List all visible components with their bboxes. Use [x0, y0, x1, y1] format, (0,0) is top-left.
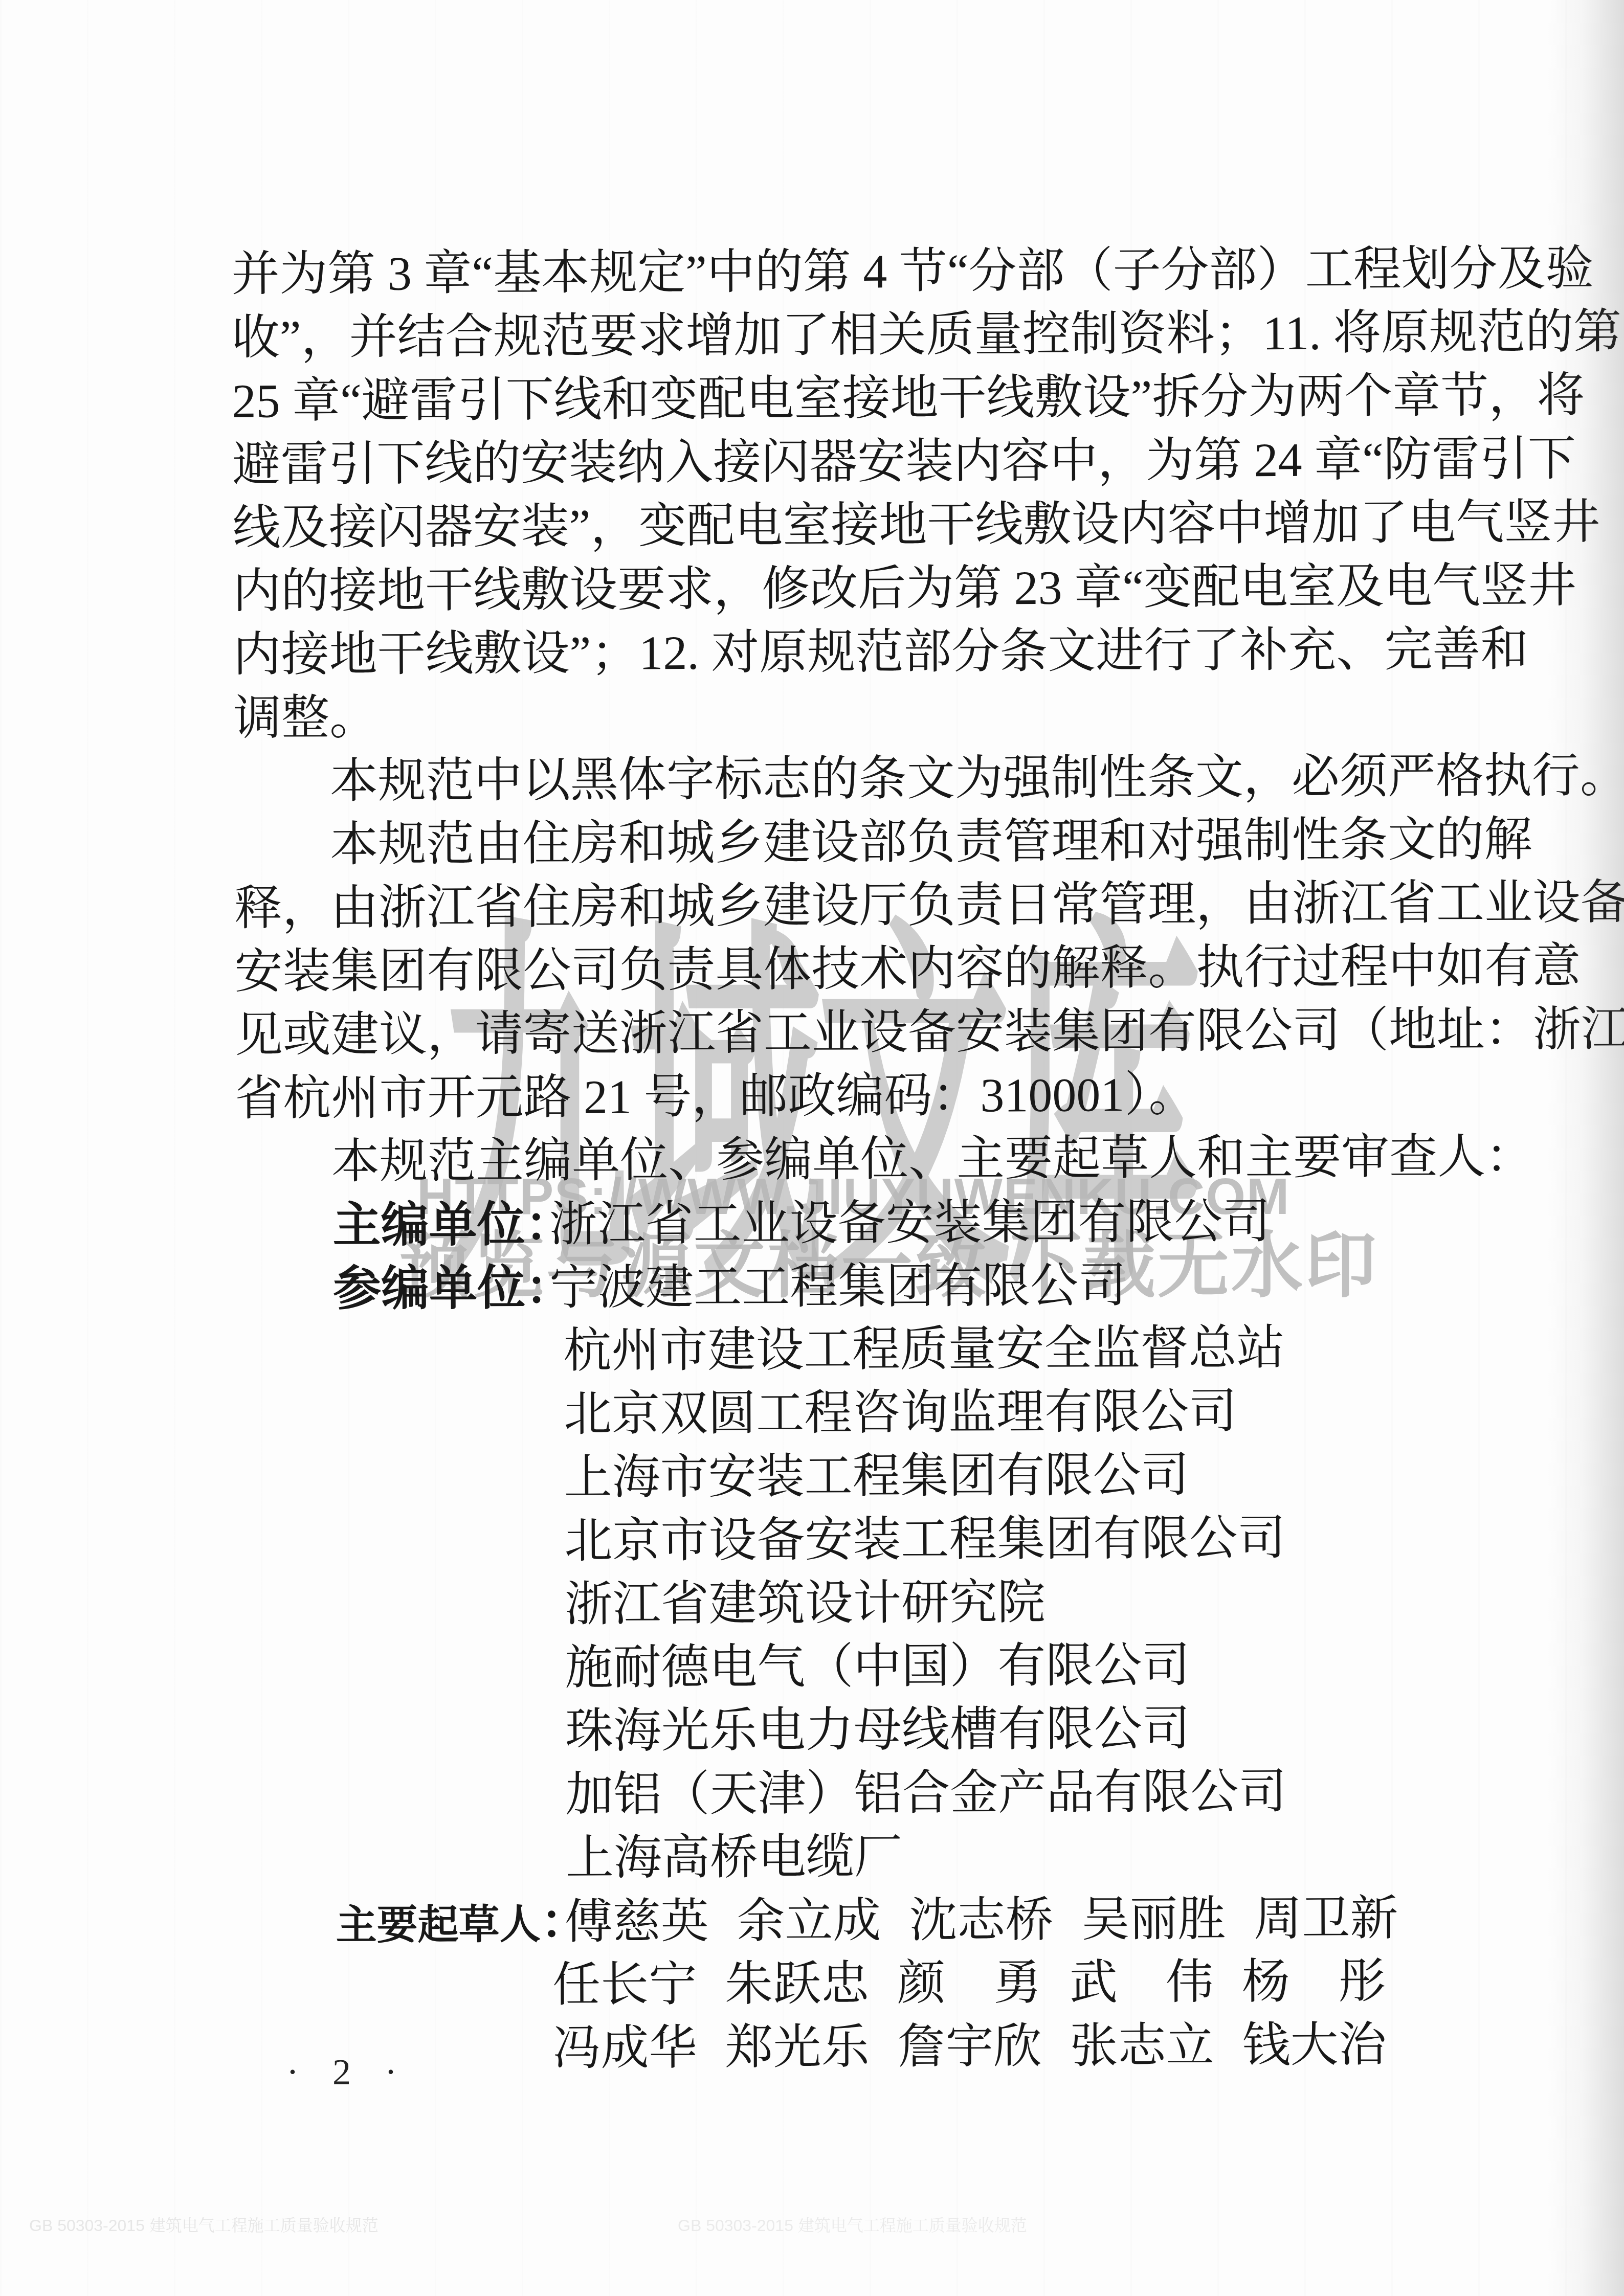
co-editor-value: 宁波建工工程集团有限公司 — [549, 1259, 1126, 1315]
label-colon: ： — [540, 1890, 565, 1953]
co-editor-org: 北京双圆工程咨询监理有限公司 — [236, 1379, 1398, 1448]
body-line: 收”，并结合规范要求增加了相关质量控制资料；11. 将原规范的第 — [232, 301, 1393, 370]
drafter-name: 吴丽胜 — [1081, 1888, 1226, 1952]
body-line: 安装集团有限公司负责具体技术内容的解释。执行过程中如有意 — [234, 935, 1396, 1004]
label-char: 编 — [381, 1256, 430, 1320]
label-char: 单 — [429, 1193, 477, 1256]
drafter-names-row: 冯成华郑光乐詹宇欣张志立钱大治 — [552, 2013, 1387, 2080]
label-char: 草 — [458, 1893, 500, 1956]
body-line: 25 章“避雷引下线和变配电室接地干线敷设”拆分为两个章节，将 — [232, 365, 1393, 433]
drafters-row: 主要起草人：傅慈英余立成沈志桥吴丽胜周卫新 — [238, 1886, 1400, 1955]
co-editor-org: 浙江省建筑设计研究院 — [237, 1569, 1399, 1638]
body-line: 本规范主编单位、参编单位、主要起草人和主要审查人： — [235, 1126, 1397, 1194]
drafter-name: 杨 彤 — [1242, 1950, 1387, 2014]
watermark-doc-ref-left: GB 50303-2015 建筑电气工程施工质量验收规范 — [29, 2215, 379, 2236]
drafter-name: 余立成 — [737, 1889, 881, 1953]
co-editor-label: 参编单位 — [333, 1256, 526, 1320]
label-char: 单 — [429, 1256, 478, 1320]
body-line: 释，由浙江省住房和城乡建设厅负责日常管理，由浙江省工业设备 — [234, 872, 1396, 940]
co-editor-org: 珠海光乐电力母线槽有限公司 — [238, 1696, 1399, 1765]
drafters-row: 冯成华郑光乐詹宇欣张志立钱大治 — [239, 2013, 1400, 2082]
label-char: 人 — [499, 1893, 541, 1956]
document-body: 并为第 3 章“基本规定”中的第 4 节“分部（子分部）工程划分及验 收”，并结… — [231, 238, 1400, 2082]
label-char: 主 — [332, 1194, 381, 1257]
body-line: 并为第 3 章“基本规定”中的第 4 节“分部（子分部）工程划分及验 — [231, 238, 1393, 306]
drafter-name: 朱跃忠 — [725, 1952, 870, 2016]
page-edge-shadow — [1547, 0, 1624, 2296]
drafter-name: 钱大治 — [1242, 2013, 1387, 2077]
label-char: 起 — [417, 1893, 459, 1956]
drafter-name: 冯成华 — [552, 2016, 697, 2080]
drafter-name: 任长宁 — [552, 1953, 697, 2017]
co-editor-org: 施耐德电气（中国）有限公司 — [237, 1633, 1399, 1701]
drafter-name: 周卫新 — [1254, 1887, 1398, 1951]
co-editor-org: 上海市安装工程集团有限公司 — [236, 1443, 1398, 1511]
drafter-name: 傅慈英 — [564, 1890, 709, 1954]
co-editor-org: 加铝（天津）铝合金产品有限公司 — [238, 1760, 1399, 1828]
body-line: 内的接地干线敷设要求，修改后为第 23 章“变配电室及电气竖井 — [233, 555, 1394, 623]
label-char: 主 — [336, 1894, 377, 1957]
scanned-document-page: 九域文库 HTTPS://WWW.JIUYUWENKU.COM 预览与源文档一致… — [0, 0, 1624, 2296]
page-number: · 2 · — [286, 2052, 409, 2092]
body-line: 见或建议，请寄送浙江省工业设备安装集团有限公司（地址：浙江 — [235, 999, 1396, 1067]
body-line: 调整。 — [233, 682, 1395, 750]
co-editor-org: 北京市设备安装工程集团有限公司 — [237, 1506, 1398, 1574]
co-editor-org: 杭州市建设工程质量安全监督总站 — [236, 1316, 1397, 1384]
chief-editor-row: 主编单位：浙江省工业设备安装集团有限公司 — [235, 1189, 1397, 1257]
drafter-names-row: 傅慈英余立成沈志桥吴丽胜周卫新 — [564, 1887, 1398, 1954]
drafter-name: 颜 勇 — [897, 1951, 1042, 2015]
body-line: 内接地干线敷设”；12. 对原规范部分条文进行了补充、完善和 — [233, 618, 1394, 687]
label-char: 编 — [381, 1193, 429, 1256]
label-colon: ： — [525, 1256, 550, 1319]
drafter-name: 武 伟 — [1070, 1951, 1214, 2015]
drafter-name: 詹宇欣 — [897, 2015, 1042, 2079]
drafters-row: 任长宁朱跃忠颜 勇武 伟杨 彤 — [239, 1950, 1400, 2018]
body-line: 本规范由住房和城乡建设部负责管理和对强制性条文的解 — [234, 808, 1395, 877]
co-editor-row: 参编单位：宁波建工工程集团有限公司 — [236, 1252, 1397, 1321]
body-line: 省杭州市开元路 21 号，邮政编码：310001）。 — [235, 1062, 1396, 1131]
label-char: 参 — [333, 1257, 382, 1320]
drafter-name: 张志立 — [1070, 2014, 1214, 2078]
drafter-name: 郑光乐 — [725, 2016, 870, 2080]
label-colon: ： — [525, 1192, 549, 1256]
drafter-names-row: 任长宁朱跃忠颜 勇武 伟杨 彤 — [552, 1950, 1387, 2017]
chief-editor-value: 浙江省工业设备安装集团有限公司 — [549, 1195, 1270, 1251]
watermark-doc-ref-right: GB 50303-2015 建筑电气工程施工质量验收规范 — [678, 2215, 1027, 2236]
body-line: 线及接闪器安装”，变配电室接地干线敷设内容中增加了电气竖井 — [232, 491, 1394, 560]
label-char: 要 — [376, 1893, 418, 1956]
body-line: 避雷引下线的安装纳入接闪器安装内容中，为第 24 章“防雷引下 — [232, 428, 1394, 497]
chief-editor-label: 主编单位 — [332, 1192, 525, 1257]
body-line: 本规范中以黑体字标志的条文为强制性条文，必须严格执行。 — [233, 745, 1395, 814]
drafters-label: 主要起草人 — [336, 1893, 541, 1957]
co-editor-org: 上海高桥电缆厂 — [238, 1823, 1400, 1892]
drafter-name: 沈志桥 — [909, 1888, 1054, 1952]
label-char: 位 — [477, 1256, 526, 1319]
label-char: 位 — [477, 1192, 525, 1256]
